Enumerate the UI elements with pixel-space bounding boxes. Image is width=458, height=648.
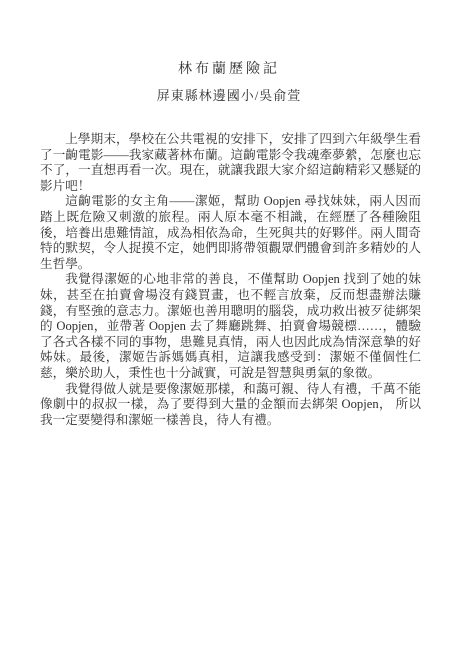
essay-body: 上學期末，學校在公共電視的安排下，安排了四到六年級學生看了一齣電影——我家藏著林… [40,132,421,428]
document-page: 林布蘭歷險記 屏東縣林邊國小/吳俞萱 上學期末，學校在公共電視的安排下，安排了四… [0,0,458,648]
paragraph: 這齣電影的女主角——潔姬，幫助 Oopjen 尋找妹妹，兩人因而踏上既危險又刺激… [40,194,421,272]
paragraph: 上學期末，學校在公共電視的安排下，安排了四到六年級學生看了一齣電影——我家藏著林… [40,132,421,194]
essay-header: 林布蘭歷險記 屏東縣林邊國小/吳俞萱 [0,61,458,104]
essay-title: 林布蘭歷險記 [0,61,458,78]
paragraph: 我覺得潔姬的心地非常的善良，不僅幫助 Oopjen 找到了她的妹妹，甚至在拍賣會… [40,272,421,381]
paragraph: 我覺得做人就是要像潔姬那樣，和藹可親、待人有禮，千萬不能像劇中的叔叔一樣，為了要… [40,382,421,429]
essay-byline: 屏東縣林邊國小/吳俞萱 [0,88,458,104]
